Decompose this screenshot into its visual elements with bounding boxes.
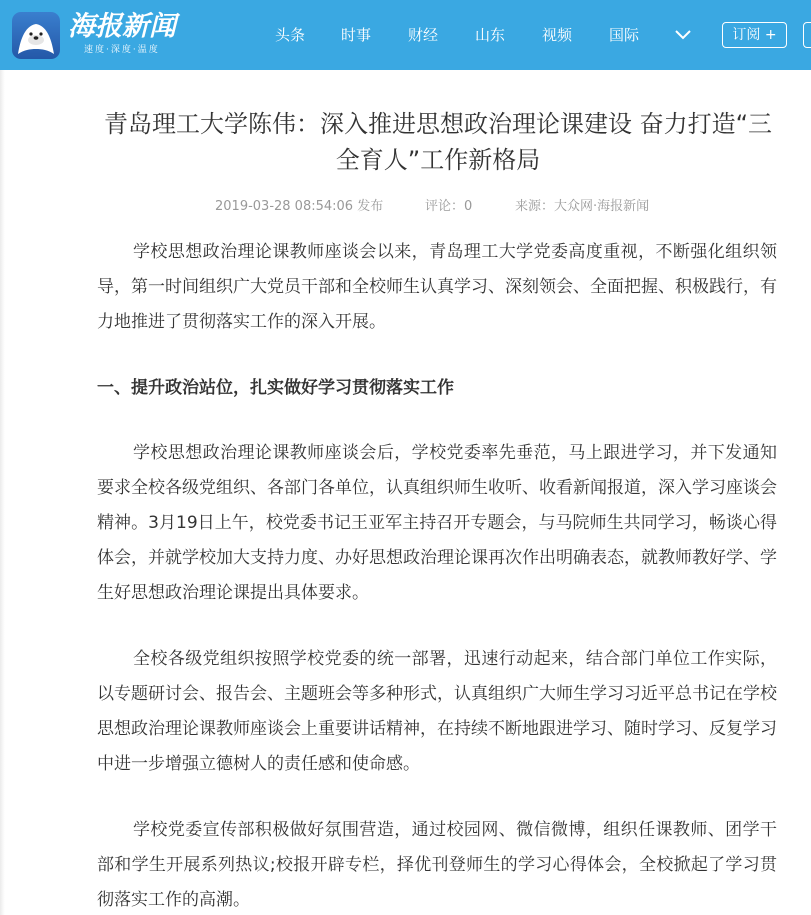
- content-shadow: [0, 70, 5, 915]
- article-meta: 2019-03-28 08:54:06 发布 评论：0 来源：大众网·海报新闻: [0, 198, 811, 216]
- article-paragraph: 学校党委宣传部积极做好氛围营造，通过校园网、微信微博，组织任课教师、团学干部和学…: [97, 813, 777, 915]
- article-title: 青岛理工大学陈伟：深入推进思想政治理论课建设 奋力打造“三全育人”工作新格局: [100, 106, 776, 178]
- article-source: 来源：大众网·海报新闻: [515, 198, 649, 216]
- article-paragraph: 全校各级党组织按照学校党委的统一部署，迅速行动起来，结合部门单位工作实际，以专题…: [97, 642, 777, 782]
- publish-time: 2019-03-28 08:54:06 发布: [215, 198, 383, 216]
- site-header: 海报新闻 速度·深度·温度 头条 时事 财经 山东 视频 国际 订阅 +: [0, 0, 811, 70]
- nav-item-current-affairs[interactable]: 时事: [341, 24, 371, 46]
- subscribe-button[interactable]: 订阅 +: [722, 22, 787, 48]
- nav-item-finance[interactable]: 财经: [408, 24, 438, 46]
- comment-count[interactable]: 评论：0: [425, 198, 472, 216]
- nav-item-video[interactable]: 视频: [542, 24, 572, 46]
- section-heading: 一、提升政治站位，扎实做好学习贯彻落实工作: [97, 371, 777, 406]
- seal-logo-icon[interactable]: [12, 12, 60, 59]
- article-paragraph: 学校思想政治理论课教师座谈会后，学校党委率先垂范，马上跟进学习，并下发通知要求全…: [97, 436, 777, 611]
- nav-item-headlines[interactable]: 头条: [275, 24, 305, 46]
- logo-wordmark[interactable]: 海报新闻: [68, 12, 176, 42]
- logo-slogan: 速度·深度·温度: [84, 44, 160, 56]
- article-container: 青岛理工大学陈伟：深入推进思想政治理论课建设 奋力打造“三全育人”工作新格局 2…: [0, 70, 811, 915]
- chevron-down-icon[interactable]: [673, 26, 693, 44]
- login-button[interactable]: [803, 22, 811, 48]
- nav-item-international[interactable]: 国际: [609, 24, 639, 46]
- nav-item-shandong[interactable]: 山东: [475, 24, 505, 46]
- article-paragraph: 学校思想政治理论课教师座谈会以来，青岛理工大学党委高度重视，不断强化组织领导，第…: [97, 235, 777, 340]
